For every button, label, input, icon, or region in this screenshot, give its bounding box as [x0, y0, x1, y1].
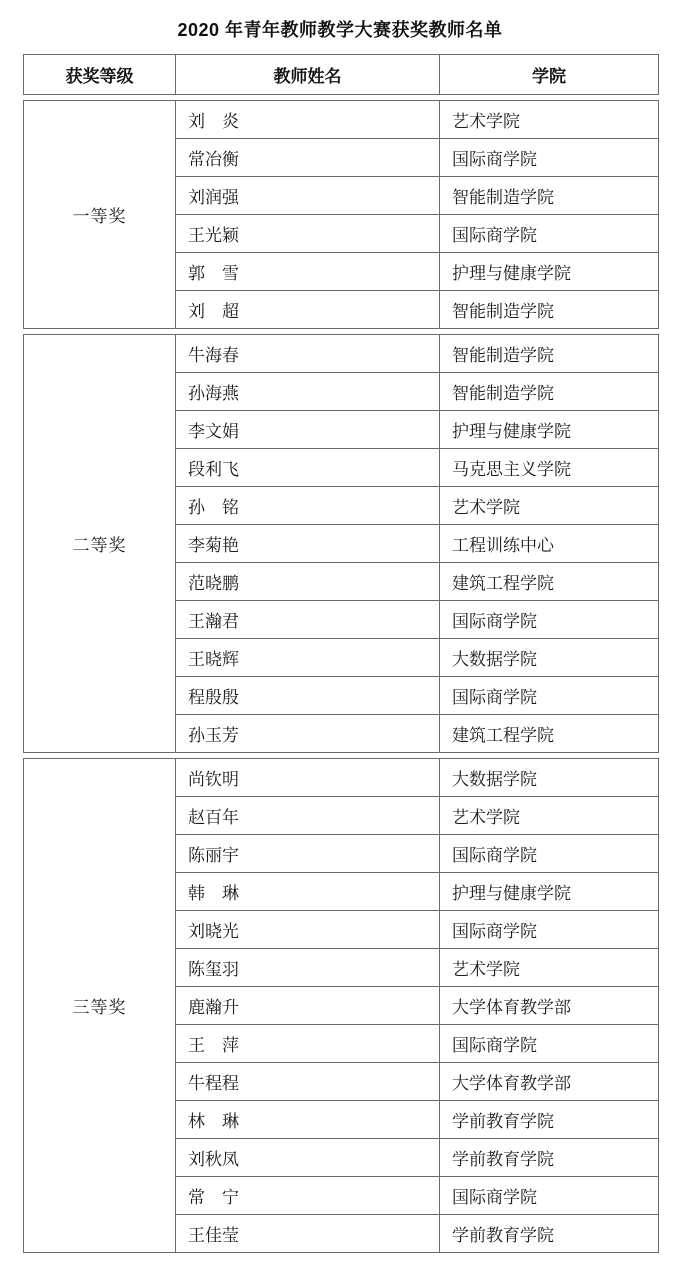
- college-cell: 国际商学院: [440, 601, 659, 639]
- column-header-teacher-name: 教师姓名: [176, 55, 440, 95]
- award-level-cell: 三等奖: [24, 759, 176, 1253]
- teacher-name-cell: 李菊艳: [176, 525, 440, 563]
- college-cell: 智能制造学院: [440, 177, 659, 215]
- document-page: 2020 年青年教师教学大赛获奖教师名单 获奖等级 教师姓名 学院 一等奖刘 炎…: [0, 0, 680, 1270]
- teacher-name-cell: 孙玉芳: [176, 715, 440, 753]
- college-cell: 艺术学院: [440, 949, 659, 987]
- awards-table: 获奖等级 教师姓名 学院 一等奖刘 炎艺术学院常冶衡国际商学院刘润强智能制造学院…: [23, 54, 658, 1253]
- table-row: 二等奖牛海春智能制造学院: [24, 335, 659, 373]
- college-cell: 艺术学院: [440, 797, 659, 835]
- college-cell: 学前教育学院: [440, 1139, 659, 1177]
- college-cell: 国际商学院: [440, 835, 659, 873]
- college-cell: 智能制造学院: [440, 291, 659, 329]
- teacher-name-cell: 孙 铭: [176, 487, 440, 525]
- teacher-name-cell: 程殷殷: [176, 677, 440, 715]
- college-cell: 大数据学院: [440, 639, 659, 677]
- header-row: 获奖等级 教师姓名 学院: [24, 55, 659, 95]
- award-level-cell: 一等奖: [24, 101, 176, 329]
- college-cell: 艺术学院: [440, 101, 659, 139]
- college-cell: 护理与健康学院: [440, 411, 659, 449]
- college-cell: 艺术学院: [440, 487, 659, 525]
- college-cell: 国际商学院: [440, 1025, 659, 1063]
- teacher-name-cell: 刘润强: [176, 177, 440, 215]
- teacher-name-cell: 范晓鹏: [176, 563, 440, 601]
- column-header-college: 学院: [440, 55, 659, 95]
- college-cell: 大学体育教学部: [440, 987, 659, 1025]
- table-row: 三等奖尚钦明大数据学院: [24, 759, 659, 797]
- college-cell: 智能制造学院: [440, 373, 659, 411]
- teacher-name-cell: 常冶衡: [176, 139, 440, 177]
- college-cell: 国际商学院: [440, 677, 659, 715]
- teacher-name-cell: 王 萍: [176, 1025, 440, 1063]
- teacher-name-cell: 林 琳: [176, 1101, 440, 1139]
- college-cell: 智能制造学院: [440, 335, 659, 373]
- college-cell: 工程训练中心: [440, 525, 659, 563]
- college-cell: 国际商学院: [440, 1177, 659, 1215]
- college-cell: 马克思主义学院: [440, 449, 659, 487]
- college-cell: 国际商学院: [440, 215, 659, 253]
- column-header-award-level: 获奖等级: [24, 55, 176, 95]
- award-group-table-1: 一等奖刘 炎艺术学院常冶衡国际商学院刘润强智能制造学院王光颖国际商学院郭 雪护理…: [23, 100, 659, 329]
- college-cell: 护理与健康学院: [440, 253, 659, 291]
- teacher-name-cell: 赵百年: [176, 797, 440, 835]
- teacher-name-cell: 孙海燕: [176, 373, 440, 411]
- teacher-name-cell: 段利飞: [176, 449, 440, 487]
- college-cell: 建筑工程学院: [440, 563, 659, 601]
- teacher-name-cell: 王晓辉: [176, 639, 440, 677]
- teacher-name-cell: 郭 雪: [176, 253, 440, 291]
- table-row: 一等奖刘 炎艺术学院: [24, 101, 659, 139]
- teacher-name-cell: 王瀚君: [176, 601, 440, 639]
- college-cell: 大数据学院: [440, 759, 659, 797]
- college-cell: 建筑工程学院: [440, 715, 659, 753]
- page-title: 2020 年青年教师教学大赛获奖教师名单: [0, 16, 680, 42]
- awards-table-header: 获奖等级 教师姓名 学院: [23, 54, 659, 95]
- teacher-name-cell: 常 宁: [176, 1177, 440, 1215]
- college-cell: 国际商学院: [440, 911, 659, 949]
- award-group-table-2: 二等奖牛海春智能制造学院孙海燕智能制造学院李文娟护理与健康学院段利飞马克思主义学…: [23, 334, 659, 753]
- teacher-name-cell: 牛程程: [176, 1063, 440, 1101]
- award-group-table-3: 三等奖尚钦明大数据学院赵百年艺术学院陈丽宇国际商学院韩 琳护理与健康学院刘晓光国…: [23, 758, 659, 1253]
- college-cell: 护理与健康学院: [440, 873, 659, 911]
- teacher-name-cell: 陈玺羽: [176, 949, 440, 987]
- college-cell: 学前教育学院: [440, 1101, 659, 1139]
- teacher-name-cell: 牛海春: [176, 335, 440, 373]
- teacher-name-cell: 李文娟: [176, 411, 440, 449]
- teacher-name-cell: 刘 超: [176, 291, 440, 329]
- teacher-name-cell: 鹿瀚升: [176, 987, 440, 1025]
- teacher-name-cell: 刘晓光: [176, 911, 440, 949]
- college-cell: 国际商学院: [440, 139, 659, 177]
- teacher-name-cell: 王佳莹: [176, 1215, 440, 1253]
- teacher-name-cell: 刘秋凤: [176, 1139, 440, 1177]
- teacher-name-cell: 刘 炎: [176, 101, 440, 139]
- teacher-name-cell: 陈丽宇: [176, 835, 440, 873]
- teacher-name-cell: 王光颖: [176, 215, 440, 253]
- award-level-cell: 二等奖: [24, 335, 176, 753]
- college-cell: 学前教育学院: [440, 1215, 659, 1253]
- college-cell: 大学体育教学部: [440, 1063, 659, 1101]
- teacher-name-cell: 韩 琳: [176, 873, 440, 911]
- teacher-name-cell: 尚钦明: [176, 759, 440, 797]
